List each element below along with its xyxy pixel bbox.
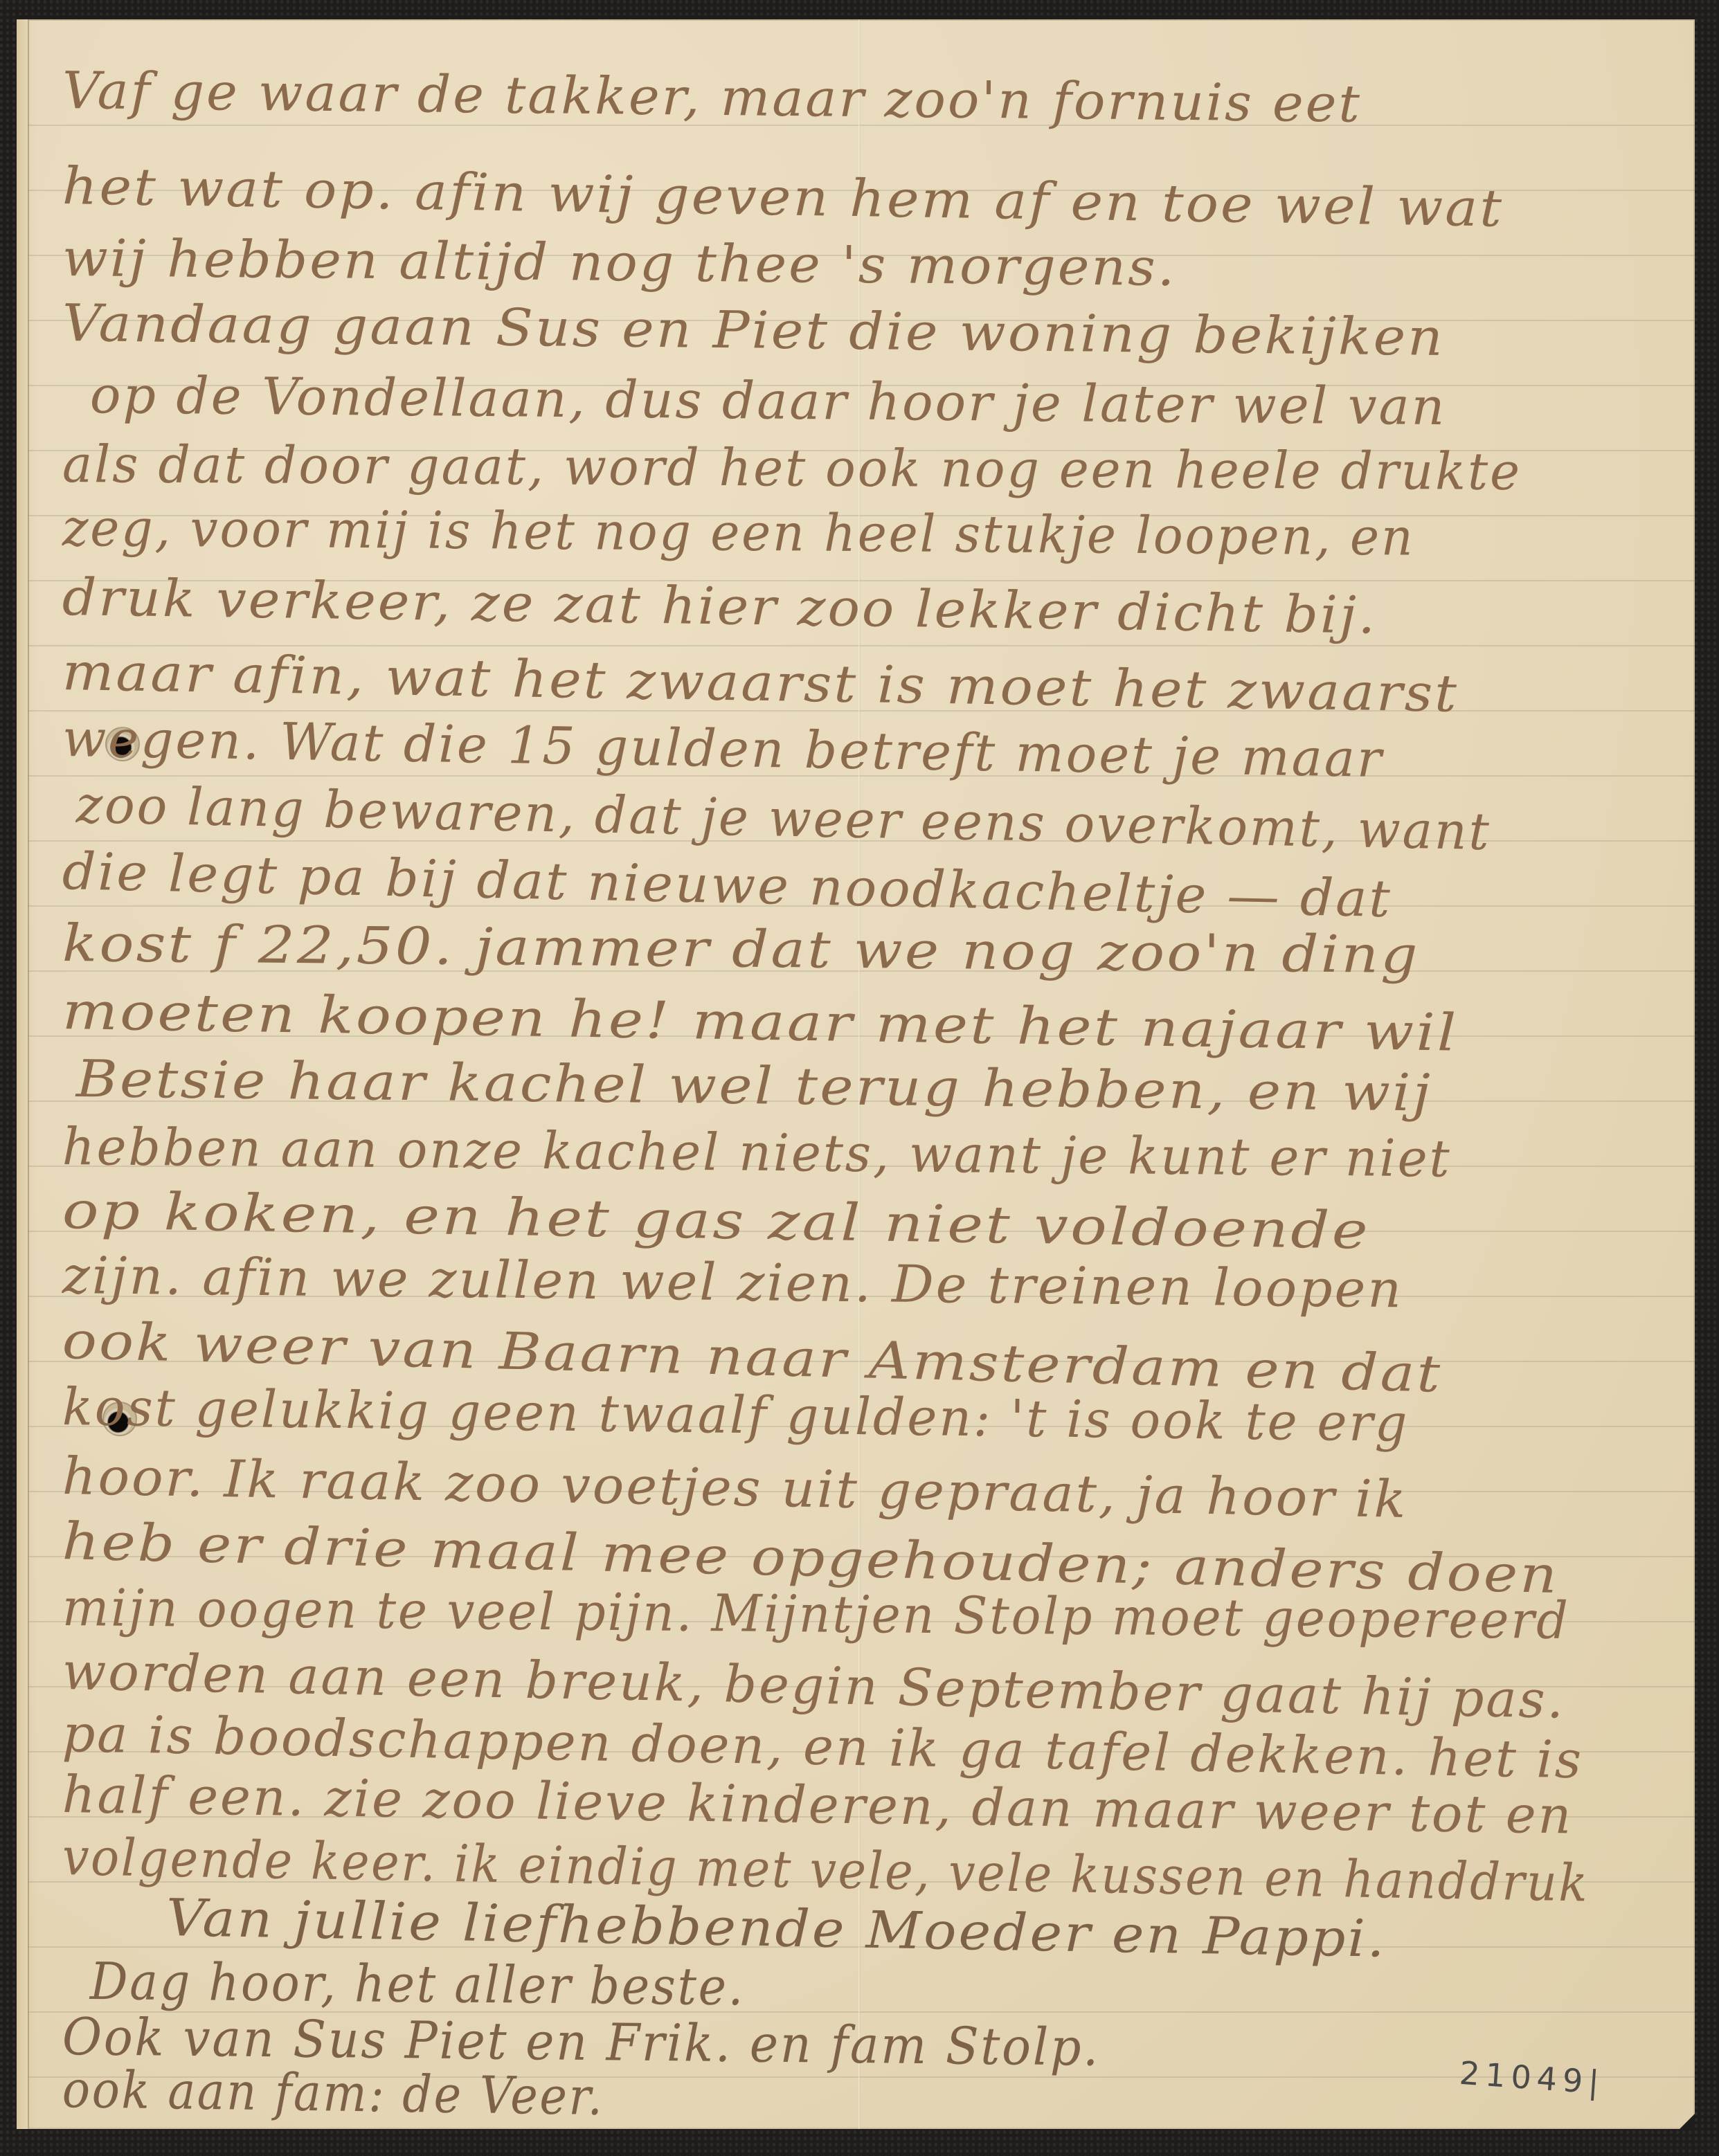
letter-closing: Dag hoor, het aller beste.	[90, 1952, 746, 2017]
letter-line: als dat door gaat, word het ook nog een …	[62, 435, 1522, 502]
letter-line: kost f 22,50. jammer dat we nog zoo'n di…	[62, 914, 1420, 985]
letter-line: wij hebben altijd nog thee 's morgens.	[62, 228, 1177, 298]
letter-postscript: ook aan fam: de Veer.	[62, 2060, 604, 2127]
letter-sheet: Vaf ge waar de takker, maar zoo'n fornui…	[17, 19, 1695, 2129]
letter-line: hebben aan onze kachel niets, want je ku…	[62, 1117, 1452, 1189]
letter-line: zeg, voor mij is het nog een heel stukje…	[62, 498, 1415, 568]
perforated-top-edge	[17, 15, 1695, 25]
letter-line: op de Vondellaan, dus daar hoor je later…	[90, 365, 1447, 437]
paper-corner	[1680, 2114, 1695, 2129]
